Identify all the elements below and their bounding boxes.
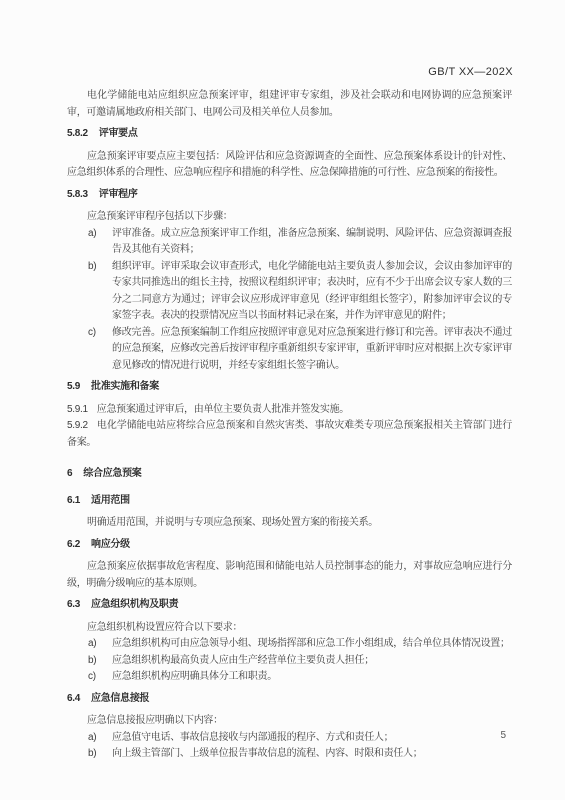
heading-title: 评审要点 <box>99 128 138 139</box>
document-page: GB/T XX—202X 电化学储能电站应组织应急预案评审，组建评审专家组，涉及… <box>0 0 565 800</box>
heading-title: 响应分级 <box>91 539 130 550</box>
heading-number: 5.9 <box>67 381 80 392</box>
standard-code-header: GB/T XX—202X <box>428 66 513 78</box>
list-item-text: 评审准备。成立应急预案评审工作组，准备应急预案、编制说明、风险评估、应急资源调查… <box>112 226 512 259</box>
list-item: a) 应急值守电话、事故信息接收与内部通报的程序、方式和责任人； <box>88 730 512 747</box>
section-heading: 6.4应急信息接报 <box>67 691 512 708</box>
chapter-heading: 6综合应急预案 <box>67 466 512 483</box>
list-item-text: 组织评审。评审采取会议审查形式，电化学储能电站主要负责人参加会议，会议由参加评审… <box>112 259 512 325</box>
paragraph: 应急预案应依据事故危害程度、影响范围和储能电站人员控制事态的能力，对事故应急响应… <box>67 559 512 592</box>
heading-number: 6.1 <box>67 495 80 506</box>
clause-number: 5.9.1 <box>67 404 88 415</box>
section-heading: 5.8.3评审程序 <box>67 187 512 204</box>
list-marker: c) <box>88 669 112 686</box>
heading-title: 评审程序 <box>99 189 138 200</box>
page-number: 5 <box>500 730 506 741</box>
numbered-paragraph: 5.9.2电化学储能电站应将综合应急预案和自然灾害类、事故灾难类专项应急预案报相… <box>67 418 512 451</box>
paragraph: 电化学储能电站应组织应急预案评审，组建评审专家组，涉及社会联动和电网协调的应急预… <box>67 88 512 121</box>
heading-title: 应急信息接报 <box>91 693 149 704</box>
section-heading: 6.1适用范围 <box>67 493 512 510</box>
paragraph: 应急组织机构设置应符合以下要求： <box>67 620 512 637</box>
section-heading: 6.3应急组织机构及职责 <box>67 597 512 614</box>
list-marker: b) <box>88 259 112 325</box>
list-marker: a) <box>88 636 112 653</box>
list-item: c) 应急组织机构应明确具体分工和职责。 <box>88 669 512 686</box>
list-marker: b) <box>88 653 112 670</box>
paragraph: 应急预案评审要点应主要包括：风险评估和应急资源调查的全面性、应急预案体系设计的针… <box>67 149 512 182</box>
list-marker: a) <box>88 730 112 747</box>
list-item: c) 修改完善。应急预案编制工作组应按照评审意见对应急预案进行修订和完善。评审表… <box>88 325 512 375</box>
numbered-paragraph: 5.9.1应急预案通过评审后，由单位主要负责人批准并签发实施。 <box>67 402 512 419</box>
clause-number: 5.9.2 <box>67 420 88 431</box>
heading-number: 6.4 <box>67 693 80 704</box>
section-heading: 5.9批准实施和备案 <box>67 379 512 396</box>
heading-number: 5.8.3 <box>67 189 88 200</box>
paragraph: 应急预案评审程序包括以下步骤： <box>67 209 512 226</box>
heading-number: 6 <box>67 468 72 479</box>
list-item-text: 修改完善。应急预案编制工作组应按照评审意见对应急预案进行修订和完善。评审表决不通… <box>112 325 512 375</box>
heading-number: 6.3 <box>67 599 80 610</box>
list-item-text: 应急组织机构应明确具体分工和职责。 <box>112 669 512 686</box>
list-item: b) 组织评审。评审采取会议审查形式，电化学储能电站主要负责人参加会议，会议由参… <box>88 259 512 325</box>
list-item: a) 评审准备。成立应急预案评审工作组，准备应急预案、编制说明、风险评估、应急资… <box>88 226 512 259</box>
list-item: b) 向上级主管部门、上级单位报告事故信息的流程、内容、时限和责任人； <box>88 746 512 763</box>
heading-title: 综合应急预案 <box>83 468 141 479</box>
heading-number: 6.2 <box>67 539 80 550</box>
heading-title: 批准实施和备案 <box>91 381 159 392</box>
section-heading: 6.2响应分级 <box>67 537 512 554</box>
section-heading: 5.8.2评审要点 <box>67 126 512 143</box>
list-item-text: 应急组织机构可由应急领导小组、现场指挥部和应急工作小组组成，结合单位具体情况设置… <box>112 636 512 653</box>
heading-title: 适用范围 <box>91 495 130 506</box>
heading-number: 5.8.2 <box>67 128 88 139</box>
list-item-text: 向上级主管部门、上级单位报告事故信息的流程、内容、时限和责任人； <box>112 746 512 763</box>
page-body: 电化学储能电站应组织应急预案评审，组建评审专家组，涉及社会联动和电网协调的应急预… <box>67 88 512 763</box>
list-marker: b) <box>88 746 112 763</box>
list-item-text: 应急组织机构最高负责人应由生产经营单位主要负责人担任； <box>112 653 512 670</box>
list-item-text: 应急值守电话、事故信息接收与内部通报的程序、方式和责任人； <box>112 730 512 747</box>
list-marker: a) <box>88 226 112 259</box>
clause-text: 电化学储能电站应将综合应急预案和自然灾害类、事故灾难类专项应急预案报相关主管部门… <box>67 420 512 448</box>
heading-title: 应急组织机构及职责 <box>91 599 178 610</box>
clause-text: 应急预案通过评审后，由单位主要负责人批准并签发实施。 <box>97 404 349 415</box>
list-item: a) 应急组织机构可由应急领导小组、现场指挥部和应急工作小组组成，结合单位具体情… <box>88 636 512 653</box>
paragraph: 明确适用范围，并说明与专项应急预案、现场处置方案的衔接关系。 <box>67 515 512 532</box>
paragraph: 应急信息接报应明确以下内容： <box>67 713 512 730</box>
list-item: b) 应急组织机构最高负责人应由生产经营单位主要负责人担任； <box>88 653 512 670</box>
list-marker: c) <box>88 325 112 375</box>
